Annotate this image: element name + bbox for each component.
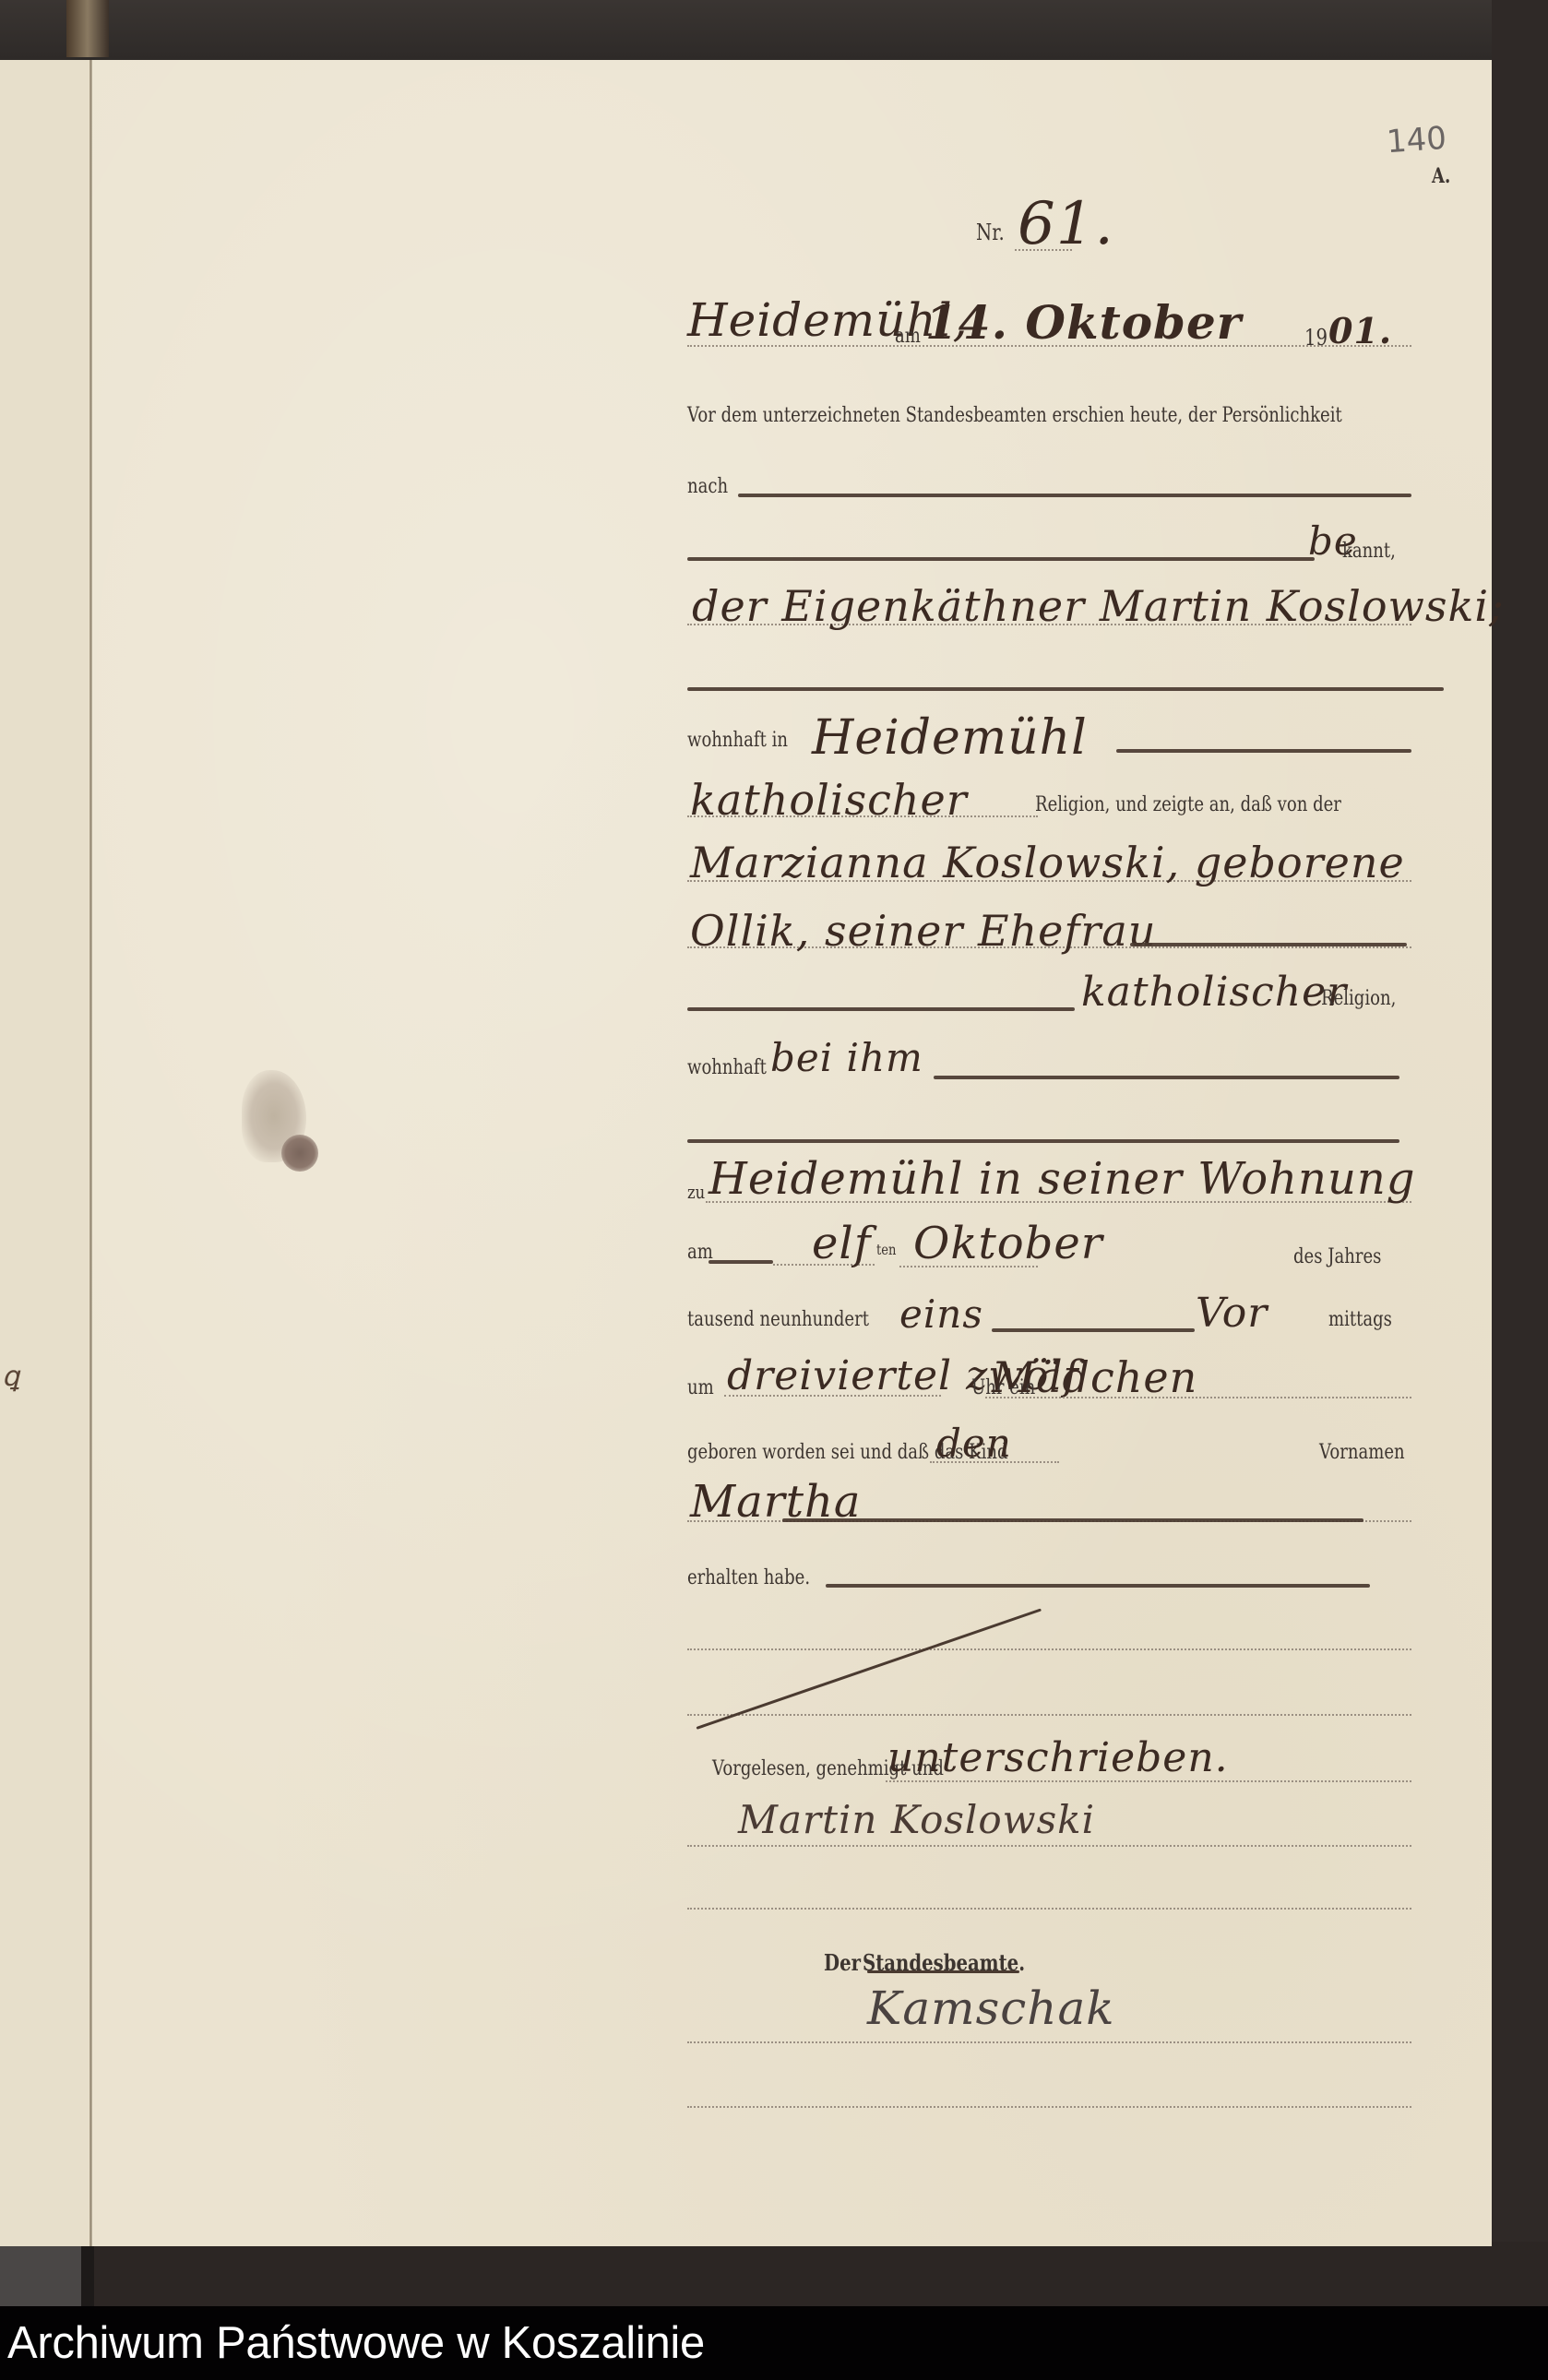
cancel-stroke <box>867 1970 1019 1973</box>
vormittags-value: Vor <box>1196 1290 1268 1337</box>
des-jahres-label: des Jahres <box>1293 1245 1381 1268</box>
ink-rule <box>1116 749 1411 753</box>
declarant-name: der Eigenkäthner Martin Koslowski; <box>692 581 1505 631</box>
ink-rule <box>687 1007 1075 1011</box>
year-prefix: 19 <box>1304 325 1328 351</box>
declarant-signature: Martin Koslowski <box>738 1797 1095 1842</box>
registrar-label-der: Der <box>824 1949 861 1976</box>
mother-name: Marzianna Koslowski, geborene <box>690 838 1405 887</box>
ink-stain <box>281 1135 318 1172</box>
tausend-label: tausend neunhundert <box>687 1308 869 1331</box>
archive-caption: Archiwum Państwowe w Koszalinie <box>7 2317 705 2369</box>
ink-rule <box>709 1260 773 1264</box>
series-letter: A. <box>1432 164 1450 188</box>
residence-label: wohnhaft in <box>687 729 788 752</box>
date-handwritten: 14. Oktober <box>925 295 1242 350</box>
scan-bottom-left-edge <box>0 2246 81 2306</box>
residence2-label: wohnhaft <box>687 1056 767 1079</box>
bekannt-label: kannt, <box>1342 540 1396 563</box>
religion1-value: katholischer <box>690 775 968 825</box>
ink-rule <box>826 1584 1370 1588</box>
ink-rule <box>782 1518 1363 1522</box>
dotted-rule <box>687 2041 1411 2043</box>
day-value: elf <box>812 1218 872 1269</box>
ink-rule <box>687 1139 1399 1143</box>
year-suffix: 01. <box>1328 310 1392 351</box>
dotted-rule <box>687 1908 1411 1910</box>
den-value: den <box>936 1421 1012 1466</box>
binding-bottom <box>81 2243 94 2306</box>
religion2-value: katholischer <box>1081 969 1347 1016</box>
month-value: Oktober <box>913 1218 1103 1269</box>
year-value: eins <box>899 1291 983 1337</box>
left-page-handwriting: ꝗ <box>2 1361 19 1393</box>
ink-rule <box>738 494 1411 497</box>
religion2-label: Religion, <box>1321 987 1396 1010</box>
dotted-rule <box>687 1714 1411 1716</box>
residence2-value: bei ihm <box>770 1035 923 1080</box>
religion1-text: Religion, und zeigte an, daß von der <box>1035 793 1341 816</box>
dotted-rule <box>687 2106 1411 2108</box>
binding-gap <box>66 0 109 57</box>
unterschrieben-value: unterschrieben. <box>887 1734 1229 1781</box>
registrar-signature: Kamschak <box>867 1981 1115 2035</box>
dotted-rule <box>687 1845 1411 1847</box>
sex-value: Mädchen <box>992 1352 1197 1402</box>
dotted-rule <box>687 1648 1411 1650</box>
mother-maiden-name: Ollik, seiner Ehefrau <box>690 906 1156 956</box>
left-page-fragment <box>0 60 90 2246</box>
intro-text: Vor dem unterzeichneten Standesbeamten e… <box>687 404 1342 427</box>
vornamen-label: Vornamen <box>1319 1441 1405 1464</box>
birthplace-value: Heidemühl in seiner Wohnung <box>709 1153 1416 1205</box>
record-number: 61. <box>1018 190 1114 258</box>
erhalten-label: erhalten habe. <box>687 1566 810 1589</box>
ten-label: ten <box>876 1241 896 1258</box>
ink-rule <box>1130 943 1407 946</box>
ink-rule <box>992 1328 1195 1332</box>
ink-rule <box>687 687 1444 691</box>
folio-number: 140 <box>1386 120 1448 161</box>
record-number-label: Nr. <box>976 220 1005 245</box>
nach-label: nach <box>687 475 728 498</box>
um-label: um <box>687 1376 714 1399</box>
zu-label: zu <box>687 1181 705 1203</box>
ink-rule <box>687 557 1315 561</box>
residence-value: Heidemühl <box>812 710 1088 766</box>
mittags-label: mittags <box>1328 1308 1392 1331</box>
scan-right-edge <box>1492 0 1548 2306</box>
scan-bottom-edge <box>94 2242 1548 2306</box>
date-prefix: am <box>895 325 921 348</box>
scan-top-edge <box>0 0 1548 60</box>
ink-rule <box>934 1076 1399 1079</box>
